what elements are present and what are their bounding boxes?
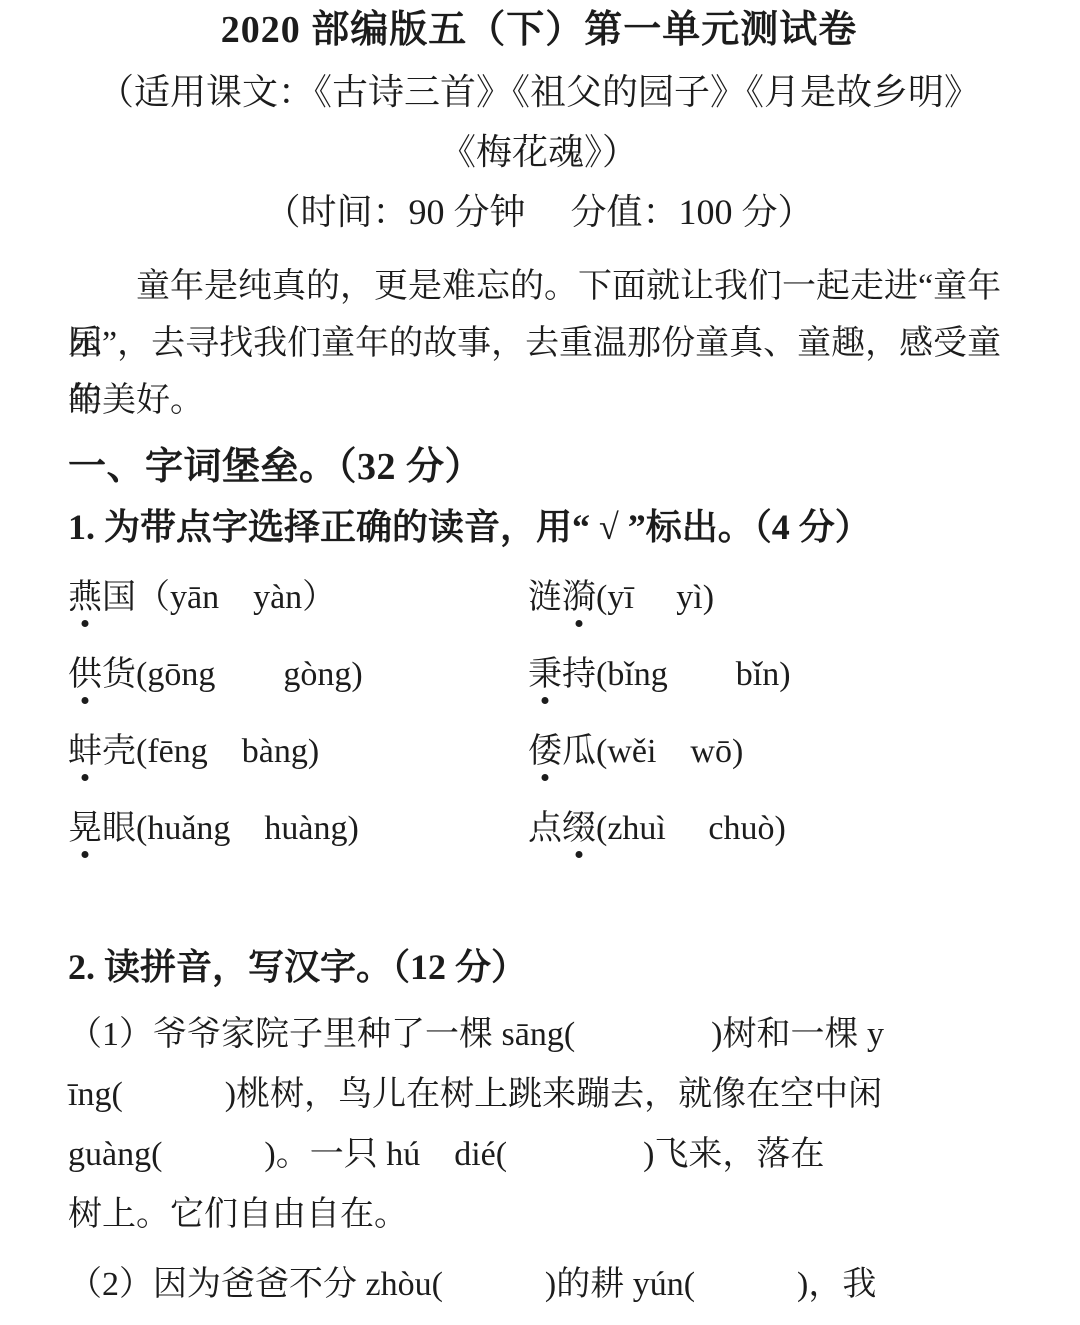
question-2-body: （1）爷爷家院子里种了一棵 sāng( )树和一棵 y īng( )桃树，鸟儿在… <box>68 1005 1010 1315</box>
word-post: 国 <box>102 579 136 616</box>
word: 供货 <box>68 656 136 693</box>
page-title: 2020 部编版五（下）第一单元测试卷 <box>68 6 1010 54</box>
word-post: 持 <box>562 656 596 693</box>
intro-line: 的美好。 <box>68 372 1010 429</box>
pinyin-options: (wěi wō) <box>596 733 743 770</box>
question-1-heading: 1. 为带点字选择正确的读音，用“ √ ”标出。（4 分） <box>68 503 1010 551</box>
subtitle-line-2: 《梅花魂》） <box>68 128 1010 176</box>
intro-paragraph: 童年是纯真的，更是难忘的。下面就让我们一起走进“童年乐 园”，去寻找我们童年的故… <box>68 258 1010 429</box>
word-pre: 涟 <box>528 579 562 616</box>
dotted-char: 秉 <box>528 646 562 695</box>
intro-line: 园”，去寻找我们童年的故事，去重温那份童真、童趣，感受童年 <box>68 315 1010 372</box>
word-post: 货 <box>102 656 136 693</box>
pinyin-choice-item: 秉持(bǐng bǐn) <box>528 636 1010 713</box>
dotted-char: 倭 <box>528 723 562 772</box>
pinyin-choice-item: 燕国（yān yàn） <box>68 559 528 636</box>
section-1-heading: 一、字词堡垒。（32 分） <box>68 443 1010 491</box>
pinyin-choice-item: 晃眼(huǎng huàng) <box>68 790 528 867</box>
dotted-char: 缀 <box>562 800 596 849</box>
time-score-line: （时间：90 分钟 分值：100 分） <box>68 188 1010 236</box>
pinyin-options: (gōng gòng) <box>136 656 363 693</box>
dotted-char: 晃 <box>68 800 102 849</box>
word: 秉持 <box>528 656 596 693</box>
dotted-char: 漪 <box>562 569 596 618</box>
pinyin-options: (zhuì chuò) <box>596 810 786 847</box>
word-pre: 点 <box>528 810 562 847</box>
pinyin-options: (fēng bàng) <box>136 733 319 770</box>
word: 涟漪 <box>528 579 596 616</box>
word: 燕国 <box>68 579 136 616</box>
test-paper-page: 2020 部编版五（下）第一单元测试卷 （适用课文：《古诗三首》《祖父的园子》《… <box>0 0 1080 1325</box>
pinyin-choice-item: 涟漪(yī yì) <box>528 559 1010 636</box>
subtitle-line-1: （适用课文：《古诗三首》《祖父的园子》《月是故乡明》 <box>68 68 1010 116</box>
dotted-char: 供 <box>68 646 102 695</box>
pinyin-choice-grid: 燕国（yān yàn） 涟漪(yī yì) 供货(gōng gòng) 秉持(b… <box>68 559 1010 867</box>
dotted-char: 燕 <box>68 569 102 618</box>
pinyin-choice-item: 倭瓜(wěi wō) <box>528 713 1010 790</box>
pinyin-options: (huǎng huàng) <box>136 810 359 847</box>
word-post: 眼 <box>102 810 136 847</box>
fill-blank-line: guàng( )。一只 hú dié( )飞来，落在 <box>68 1125 1010 1185</box>
pinyin-options: （yān yàn） <box>136 579 336 616</box>
fill-blank-line: （2）因为爸爸不分 zhòu( )的耕 yún( )，我 <box>68 1255 1010 1315</box>
word: 倭瓜 <box>528 733 596 770</box>
pinyin-options: (bǐng bǐn) <box>596 656 791 693</box>
pinyin-choice-item: 蚌壳(fēng bàng) <box>68 713 528 790</box>
intro-line: 童年是纯真的，更是难忘的。下面就让我们一起走进“童年乐 <box>68 258 1010 315</box>
word-post: 瓜 <box>562 733 596 770</box>
pinyin-choice-item: 供货(gōng gòng) <box>68 636 528 713</box>
pinyin-options: (yī yì) <box>596 579 714 616</box>
fill-blank-line: 树上。它们自由自在。 <box>68 1185 1010 1245</box>
word: 点缀 <box>528 810 596 847</box>
pinyin-choice-item: 点缀(zhuì chuò) <box>528 790 1010 867</box>
word-post: 壳 <box>102 733 136 770</box>
word: 蚌壳 <box>68 733 136 770</box>
dotted-char: 蚌 <box>68 723 102 772</box>
fill-blank-line: īng( )桃树，鸟儿在树上跳来蹦去，就像在空中闲 <box>68 1065 1010 1125</box>
fill-blank-line: （1）爷爷家院子里种了一棵 sāng( )树和一棵 y <box>68 1005 1010 1065</box>
word: 晃眼 <box>68 810 136 847</box>
question-2-heading: 2. 读拼音，写汉字。（12 分） <box>68 943 1010 991</box>
